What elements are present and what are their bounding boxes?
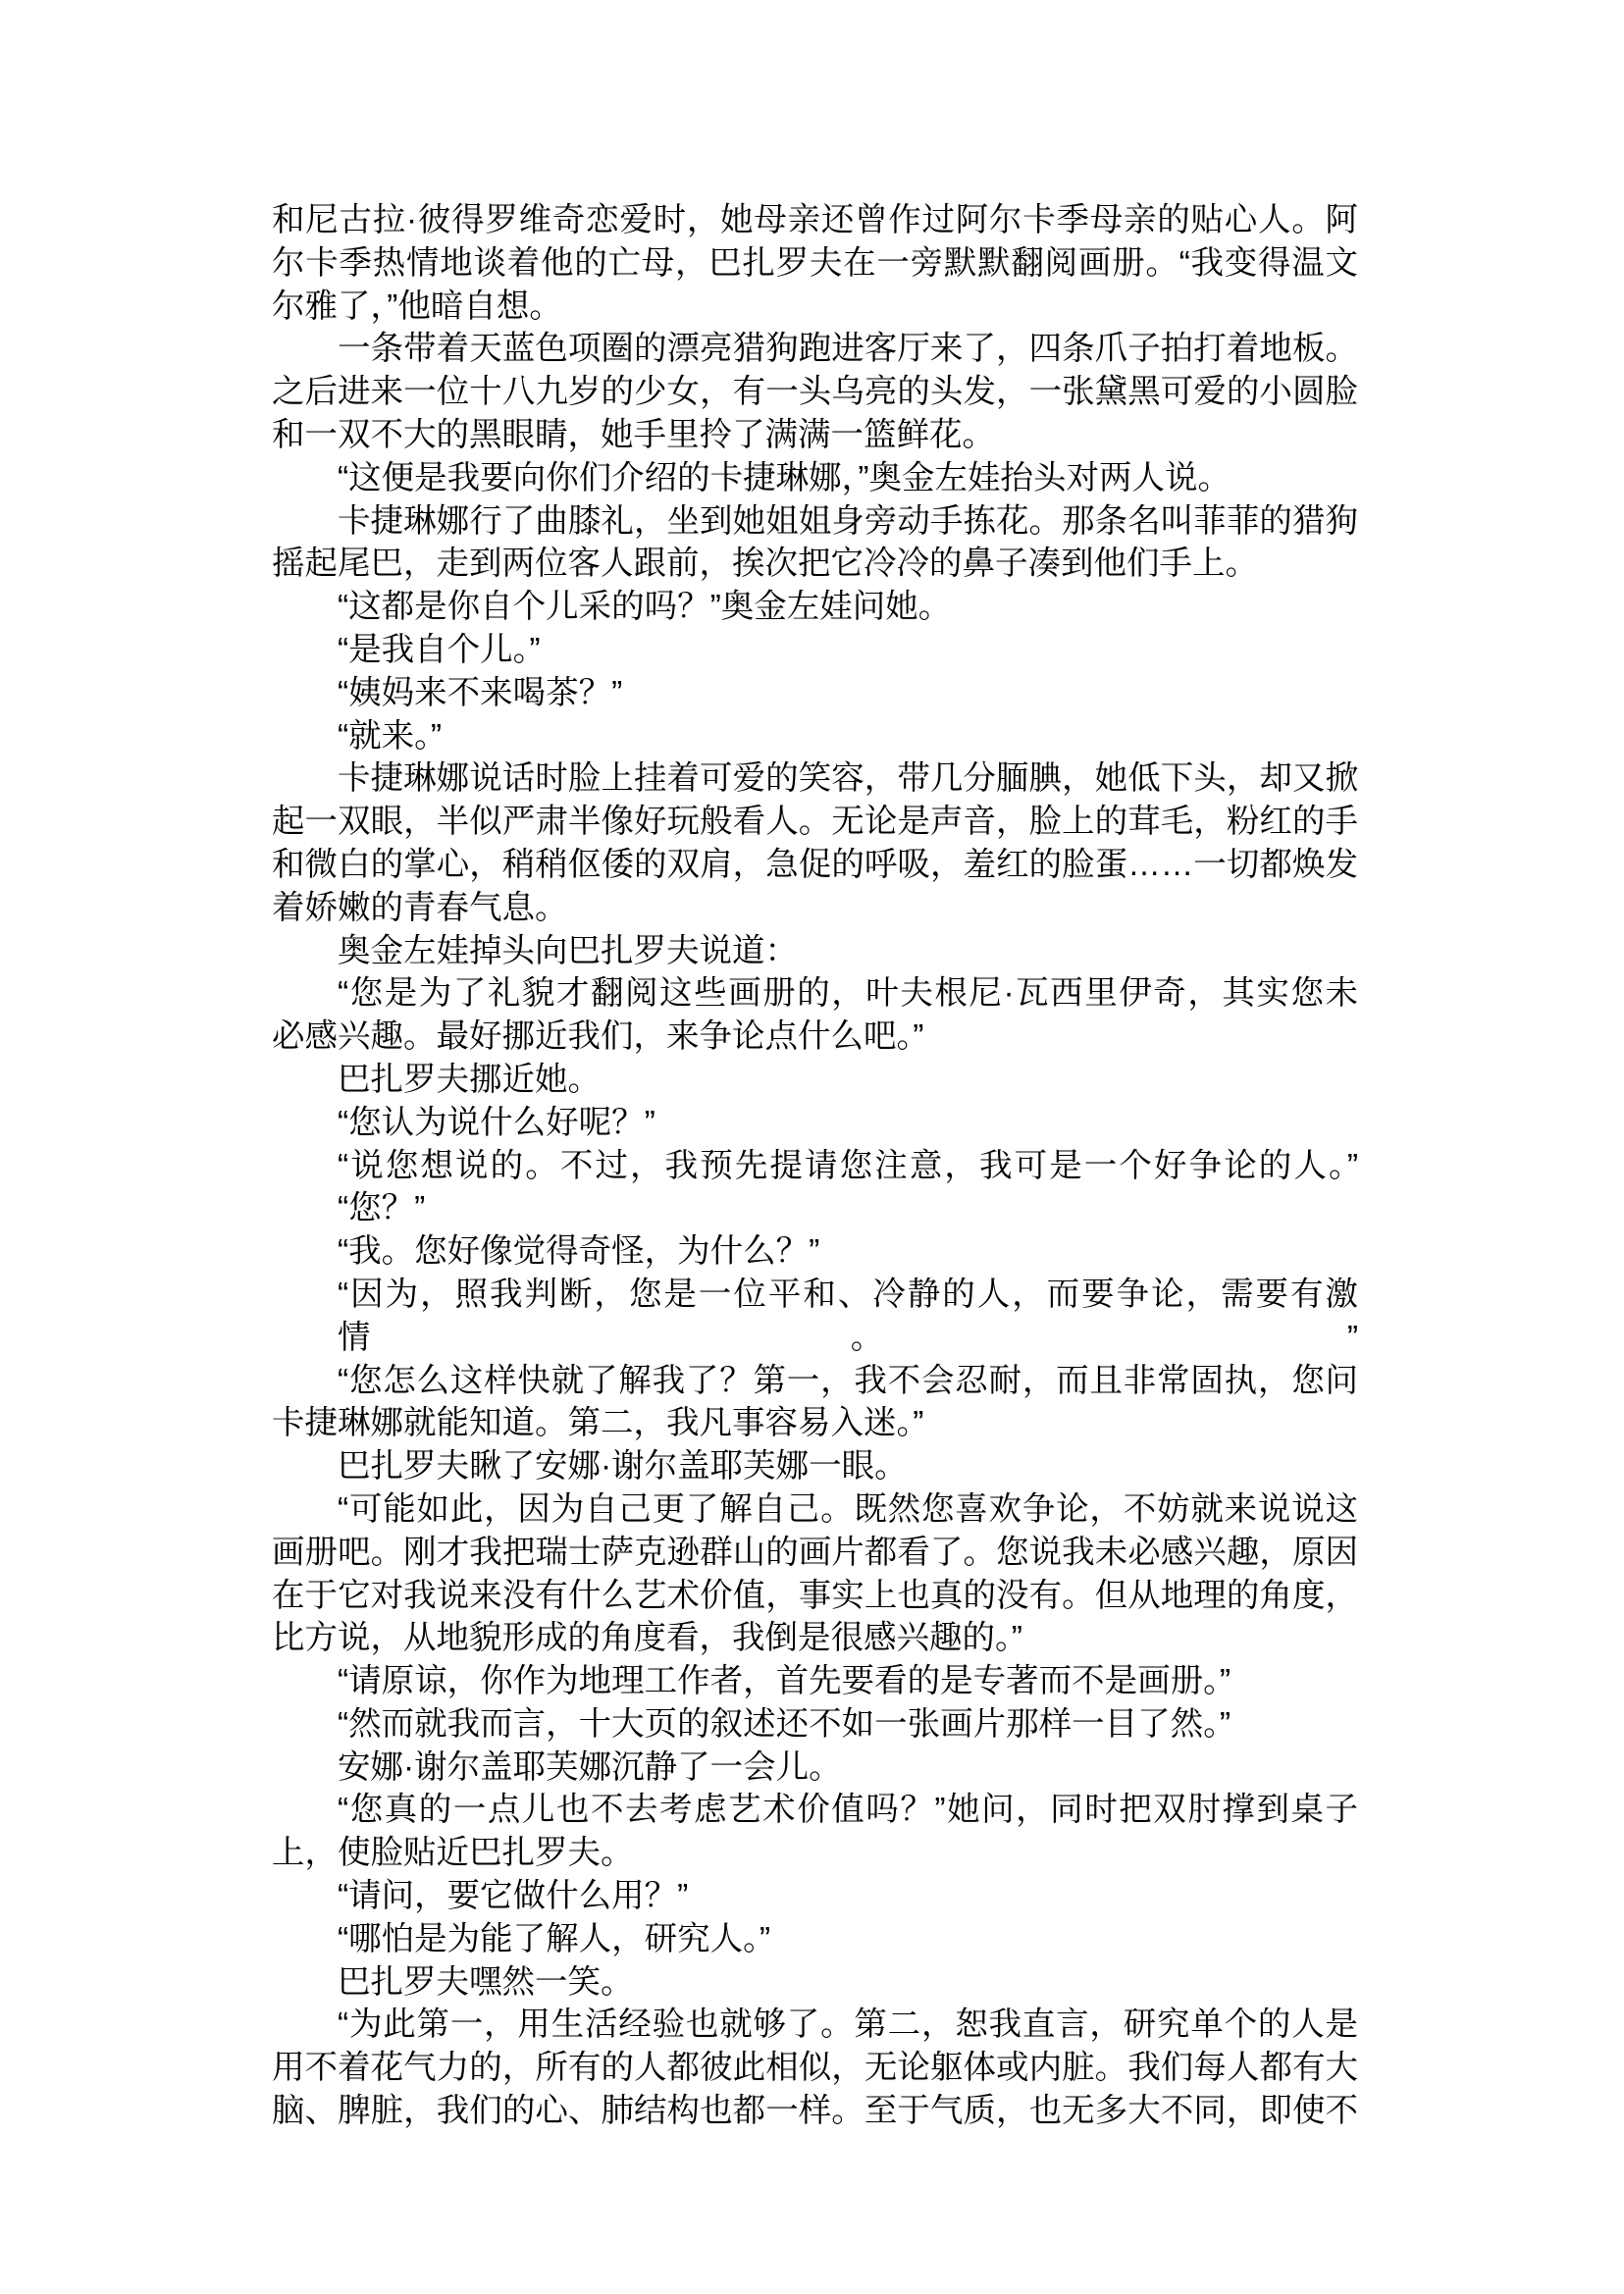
text-line: “您是为了礼貌才翻阅这些画册的，叶夫根尼·瓦西里伊奇，其实您未 [272,972,1358,1016]
text-line: 脑、脾脏，我们的心、肺结构也都一样。至于气质，也无多大不同，即使不 [272,2090,1358,2133]
text-line: 和尼古拉·彼得罗维奇恋爱时，她母亲还曾作过阿尔卡季母亲的贴心人。阿 [272,199,1358,242]
text-line: 一条带着天蓝色项圈的漂亮猎狗跑进客厅来了，四条爪子拍打着地板。 [272,328,1358,371]
text-line: 尔雅了，”他暗自想。 [272,286,1358,329]
text-line: “就来。” [272,715,1358,758]
text-line: “姨妈来不来喝茶？” [272,672,1358,715]
text-line: 必感兴趣。最好挪近我们，来争论点什么吧。” [272,1016,1358,1059]
text-line: 和微白的掌心，稍稍伛倭的双肩，急促的呼吸，羞红的脸蛋……一切都焕发 [272,844,1358,887]
text-line: “您真的一点儿也不去考虑艺术价值吗？”她问，同时把双肘撑到桌子 [272,1789,1358,1832]
text-block: 和尼古拉·彼得罗维奇恋爱时，她母亲还曾作过阿尔卡季母亲的贴心人。阿尔卡季热情地谈… [272,199,1358,2133]
text-line: “这都是你自个儿采的吗？”奥金左娃问她。 [272,586,1358,629]
text-line: 比方说，从地貌形成的角度看，我倒是很感兴趣的。” [272,1617,1358,1660]
text-line: “是我自个儿。” [272,629,1358,672]
page: 和尼古拉·彼得罗维奇恋爱时，她母亲还曾作过阿尔卡季母亲的贴心人。阿尔卡季热情地谈… [0,0,1624,2294]
text-line: 之后进来一位十八九岁的少女，有一头乌亮的头发，一张黛黑可爱的小圆脸 [272,371,1358,414]
text-line: “为此第一，用生活经验也就够了。第二，恕我直言，研究单个的人是 [272,2004,1358,2047]
text-line: 尔卡季热情地谈着他的亡母，巴扎罗夫在一旁默默翻阅画册。“我变得温文 [272,242,1358,286]
text-line: 卡捷琳娜就能知道。第二，我凡事容易入迷。” [272,1402,1358,1445]
text-line: 巴扎罗夫瞅了安娜·谢尔盖耶芙娜一眼。 [272,1445,1358,1488]
text-line: “哪怕是为能了解人，研究人。” [272,1918,1358,1961]
text-line: 巴扎罗夫挪近她。 [272,1059,1358,1102]
text-line: 上，使脸贴近巴扎罗夫。 [272,1832,1358,1875]
text-line: 起一双眼，半似严肃半像好玩般看人。无论是声音，脸上的茸毛，粉红的手 [272,801,1358,844]
text-line: “您？” [272,1187,1358,1230]
text-line: “您认为说什么好呢？” [272,1102,1358,1145]
text-line: 奥金左娃掉头向巴扎罗夫说道： [272,930,1358,973]
text-line: “请原谅，你作为地理工作者，首先要看的是专著而不是画册。” [272,1660,1358,1703]
text-line: “可能如此，因为自己更了解自己。既然您喜欢争论，不妨就来说说这 [272,1488,1358,1532]
text-line: 画册吧。刚才我把瑞士萨克逊群山的画片都看了。您说我未必感兴趣，原因 [272,1532,1358,1575]
text-line: “说您想说的。不过，我预先提请您注意，我可是一个好争论的人。” [272,1145,1358,1188]
text-line: 着娇嫩的青春气息。 [272,887,1358,930]
text-line: 卡捷琳娜行了曲膝礼，坐到她姐姐身旁动手拣花。那条名叫菲菲的猎狗 [272,500,1358,544]
text-line: 和一双不大的黑眼睛，她手里拎了满满一篮鲜花。 [272,414,1358,457]
text-line: “您怎么这样快就了解我了？第一，我不会忍耐，而且非常固执，您问 [272,1360,1358,1403]
text-line: “我。您好像觉得奇怪，为什么？” [272,1230,1358,1274]
text-line: 安娜·谢尔盖耶芙娜沉静了一会儿。 [272,1747,1358,1790]
text-line: “然而就我而言，十大页的叙述还不如一张画片那样一目了然。” [272,1703,1358,1747]
text-line: “请问，要它做什么用？” [272,1875,1358,1918]
text-line: 摇起尾巴，走到两位客人跟前，挨次把它冷冷的鼻子凑到他们手上。 [272,543,1358,586]
text-line: 用不着花气力的，所有的人都彼此相似，无论躯体或内脏。我们每人都有大 [272,2047,1358,2090]
text-line: “这便是我要向你们介绍的卡捷琳娜，”奥金左娃抬头对两人说。 [272,457,1358,500]
text-line: 在于它对我说来没有什么艺术价值，事实上也真的没有。但从地理的角度， [272,1575,1358,1618]
text-line: 卡捷琳娜说话时脸上挂着可爱的笑容，带几分腼腆，她低下头，却又掀 [272,757,1358,801]
text-line: “因为，照我判断，您是一位平和、冷静的人，而要争论，需要有激情。” [272,1274,1358,1360]
text-line: 巴扎罗夫嘿然一笑。 [272,1961,1358,2005]
